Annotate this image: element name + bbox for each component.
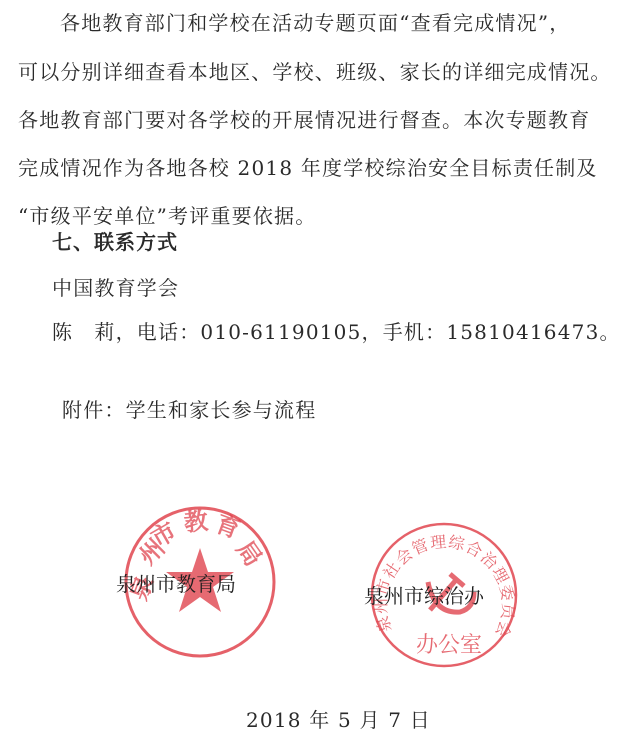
contact-organization: 中国教育学会 [52,276,179,300]
svg-text:办公室: 办公室 [416,633,482,658]
seal-caption: 泉州市教育局 [116,568,236,597]
contact-person: 陈 莉，电话：010-61190105，手机：15810416473。 [52,320,621,344]
paragraph-line-5: “市级平安单位”考评重要依据。 [18,204,316,228]
document-date: 2018 年 5 月 7 日 [246,708,431,732]
paragraph-line-2: 可以分别详细查看本地区、学校、班级、家长的详细完成情况。 [18,60,612,84]
attachment-note: 附件：学生和家长参与流程 [62,398,316,422]
seal-caption: 泉州市综治办 [364,580,484,609]
seal-education-bureau: 泉 州 市 教 育 局 泉州市教育局 [122,504,278,660]
paragraph-line-3: 各地教育部门要对各学校的开展情况进行督查。本次专题教育 [18,108,590,132]
paragraph-line-1: 各地教育部门和学校在活动专题页面“查看完成情况”， [60,11,570,35]
seal-governance-office: 泉州市社会管理综合治理委员会 办公室 泉州市综治办 [368,520,520,670]
svg-text:育: 育 [212,509,244,544]
section-heading: 七、联系方式 [52,230,178,254]
paragraph-line-4: 完成情况作为各地各校 2018 年度学校综治安全目标责任制及 [18,156,598,180]
svg-text:教: 教 [183,507,210,537]
